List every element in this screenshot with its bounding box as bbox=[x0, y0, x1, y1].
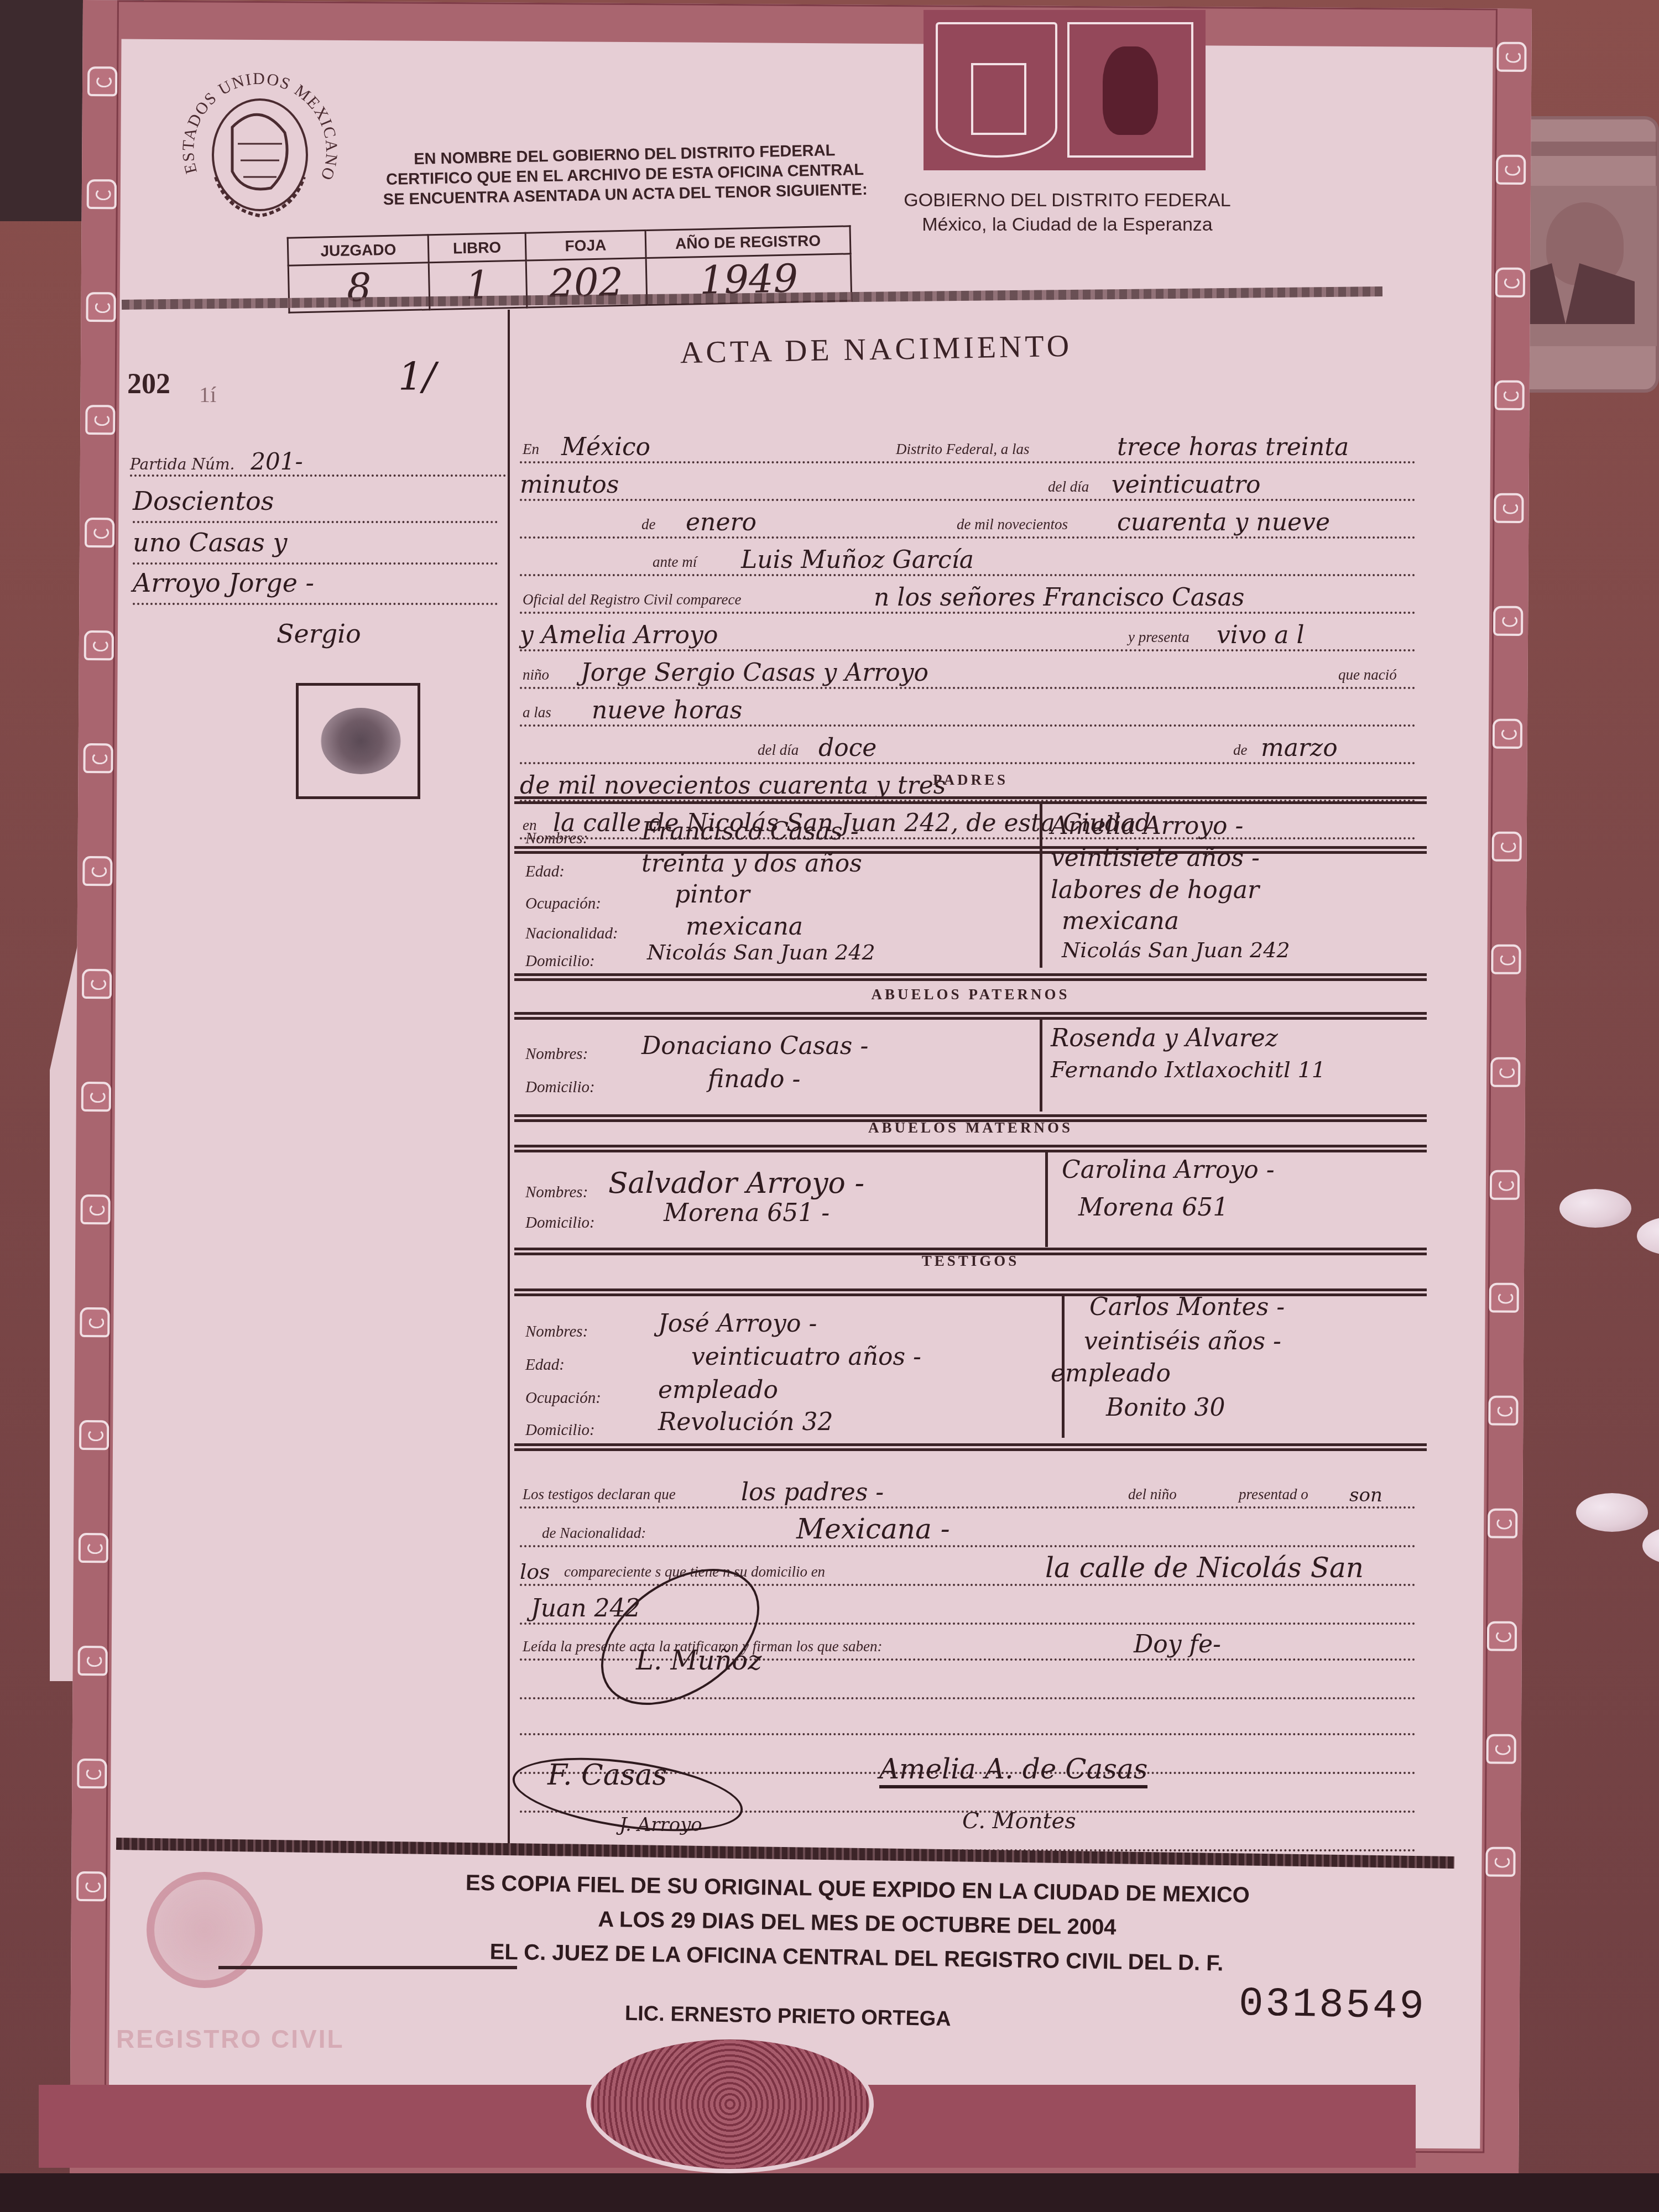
scroll-glyph-icon bbox=[79, 1533, 108, 1563]
scroll-glyph-icon bbox=[85, 518, 114, 547]
left-name-line: Arroyo Jorge - bbox=[133, 563, 498, 605]
line-value: cuarenta y nueve bbox=[1117, 508, 1330, 536]
line-label: niño bbox=[523, 666, 549, 684]
df-shield-icon bbox=[936, 22, 1057, 158]
scroll-glyph-icon bbox=[1495, 380, 1525, 410]
line-value: marzo bbox=[1261, 734, 1338, 762]
scroll-glyph-icon bbox=[1496, 42, 1526, 72]
madre-nombre: Amelia Arroyo - bbox=[1051, 812, 1243, 840]
handwritten-mark: 1/ bbox=[398, 354, 436, 399]
id-card-header-band bbox=[1519, 142, 1657, 156]
abuelos-paternos-divider bbox=[1040, 1018, 1042, 1112]
thumbprint-box bbox=[296, 683, 420, 799]
scroll-glyph-icon bbox=[1493, 606, 1523, 636]
record-line-9: del día doce de marzo bbox=[520, 727, 1416, 764]
scroll-glyph-icon bbox=[1492, 832, 1522, 862]
line-value: veinticuatro bbox=[1112, 471, 1260, 499]
mother-signature: Amelia A. de Casas bbox=[879, 1753, 1147, 1788]
col-libro: LIBRO bbox=[429, 233, 526, 263]
label-domicilio: Domicilio: bbox=[525, 1214, 595, 1232]
abuelo-materno-nombre: Salvador Arroyo - bbox=[608, 1167, 864, 1200]
left-name-line: uno Casas y bbox=[133, 523, 498, 565]
record-line-4: ante mí Luis Muñoz García bbox=[520, 539, 1416, 576]
col-ano-registro: AÑO DE REGISTRO bbox=[645, 226, 851, 258]
line-value: enero bbox=[686, 508, 757, 536]
government-title: GOBIERNO DEL DISTRITO FEDERAL México, la… bbox=[896, 188, 1239, 237]
certification-statement: EN NOMBRE DEL GOBIERNO DEL DISTRITO FEDE… bbox=[348, 139, 902, 211]
abuelos-maternos-heading: ABUELOS MATERNOS bbox=[514, 1119, 1427, 1136]
line-value: México bbox=[561, 433, 650, 461]
scroll-glyph-icon bbox=[1495, 268, 1525, 298]
scroll-glyph-icon bbox=[1486, 1734, 1516, 1764]
declaration-line-1: Los testigos declaran que los padres - d… bbox=[520, 1471, 1416, 1509]
scroll-glyph-icon bbox=[1489, 1283, 1519, 1313]
padre-domicilio: Nicolás San Juan 242 bbox=[647, 940, 875, 964]
bottom-shadow bbox=[0, 2173, 1659, 2212]
eagle-icon bbox=[1103, 46, 1158, 135]
line-label: presentad o bbox=[1239, 1486, 1308, 1503]
label-nombres: Nombres: bbox=[525, 1183, 588, 1202]
partida-label: Partida Núm. bbox=[130, 455, 234, 473]
line-value: n los señores Francisco Casas bbox=[874, 583, 1244, 612]
scroll-glyph-icon bbox=[1496, 155, 1526, 185]
testigo-1-domicilio: Revolución 32 bbox=[658, 1408, 833, 1436]
line-value: Jorge Sergio Casas y Arroyo bbox=[581, 659, 928, 687]
line-value: Luis Muñoz García bbox=[741, 546, 974, 574]
abuelos-maternos-divider bbox=[1045, 1150, 1048, 1247]
padre-nacionalidad: mexicana bbox=[686, 912, 803, 941]
line-label: ante mí bbox=[653, 554, 697, 571]
scroll-glyph-icon bbox=[85, 405, 115, 435]
line-label: de bbox=[641, 516, 655, 533]
abuelo-paterno-domicilio: finado - bbox=[708, 1065, 800, 1093]
line-label: a las bbox=[523, 704, 551, 721]
madre-ocupacion: labores de hogar bbox=[1051, 876, 1259, 904]
distrito-federal-logo bbox=[924, 10, 1206, 170]
label-domicilio: Domicilio: bbox=[525, 1078, 595, 1097]
scroll-glyph-icon bbox=[82, 856, 112, 886]
seal-ring-text: ESTADOS UNIDOS MEXICANOS bbox=[166, 50, 341, 184]
col-juzgado: JUZGADO bbox=[288, 235, 429, 265]
record-line-2: minutos del día veinticuatro bbox=[520, 463, 1416, 501]
padres-column-divider bbox=[1040, 802, 1042, 968]
label-ocupacion: Ocupación: bbox=[525, 1389, 601, 1407]
padres-heading: PADRES bbox=[514, 771, 1427, 789]
government-name: GOBIERNO DEL DISTRITO FEDERAL bbox=[896, 188, 1239, 212]
mexican-coat-of-arms-icon: ESTADOS UNIDOS MEXICANOS bbox=[166, 50, 354, 238]
scroll-glyph-icon bbox=[1490, 1170, 1520, 1200]
partida-value: 201- bbox=[251, 448, 302, 475]
padre-edad: treinta y dos años bbox=[641, 849, 862, 878]
faint-stamp-text: REGISTRO CIVIL bbox=[116, 2024, 345, 2054]
line-label: y presenta bbox=[1128, 629, 1190, 646]
line-value: los bbox=[520, 1559, 550, 1584]
record-line-7: niño Jorge Sergio Casas y Arroyo que nac… bbox=[520, 651, 1416, 689]
testigo-1-edad: veinticuatro años - bbox=[691, 1343, 921, 1371]
line-value: Mexicana - bbox=[796, 1513, 950, 1545]
line-label: del día bbox=[758, 742, 799, 759]
witness-1-signature: J. Arroyo bbox=[619, 1814, 702, 1836]
declaration-line-3: los compareciente s que tiene n su domic… bbox=[520, 1548, 1416, 1586]
scroll-glyph-icon bbox=[84, 630, 114, 660]
line-value: trece horas treinta bbox=[1117, 433, 1349, 461]
scroll-glyph-icon bbox=[1493, 719, 1522, 749]
record-line-6: y Amelia Arroyo y presenta vivo a l bbox=[520, 614, 1416, 651]
abuelo-materno-domicilio: Morena 651 - bbox=[664, 1199, 830, 1227]
padre-nombre: Francisco Casas - bbox=[641, 817, 859, 846]
scroll-glyph-icon bbox=[80, 1307, 109, 1337]
line-value: nueve horas bbox=[592, 696, 742, 724]
abuelos-paternos-heading: ABUELOS PATERNOS bbox=[514, 986, 1427, 1003]
scroll-glyph-icon bbox=[87, 66, 117, 96]
bead-icon bbox=[1559, 1189, 1631, 1228]
witness-2-signature: C. Montes bbox=[962, 1808, 1076, 1834]
record-line-1: En México Distrito Federal, a las trece … bbox=[520, 426, 1416, 463]
scroll-glyph-icon bbox=[1490, 1057, 1520, 1087]
abuela-paterna-nombre: Rosenda y Alvarez bbox=[1051, 1024, 1278, 1052]
line-value: son bbox=[1349, 1484, 1383, 1506]
bead-icon bbox=[1576, 1493, 1648, 1532]
section-rule bbox=[514, 1012, 1427, 1020]
label-nombres: Nombres: bbox=[525, 1323, 588, 1341]
section-rule bbox=[514, 1443, 1427, 1451]
line-value: los padres - bbox=[741, 1478, 884, 1506]
left-name-line: Doscientos bbox=[133, 481, 498, 523]
judge-signature-line bbox=[218, 1966, 517, 1969]
testigos-heading: TESTIGOS bbox=[514, 1253, 1427, 1270]
scroll-glyph-icon bbox=[81, 1082, 111, 1112]
government-motto: México, la Ciudad de la Esperanza bbox=[896, 212, 1239, 237]
abuela-paterna-domicilio: Fernando Ixtlaxochitl 11 bbox=[1051, 1057, 1326, 1083]
line-label: En bbox=[523, 441, 539, 458]
serial-number: 0318549 bbox=[1238, 1981, 1426, 2031]
line-value: minutos bbox=[520, 471, 619, 499]
madre-nacionalidad: mexicana bbox=[1062, 907, 1179, 935]
padre-ocupacion: pintor bbox=[675, 880, 750, 909]
label-nombres: Nombres: bbox=[525, 830, 588, 848]
scroll-glyph-icon bbox=[1485, 1847, 1515, 1877]
label-nombres: Nombres: bbox=[525, 1045, 588, 1063]
scroll-glyph-icon bbox=[1487, 1621, 1517, 1651]
line-value: Doy fe- bbox=[1134, 1630, 1221, 1658]
record-line-8: a las nueve horas bbox=[520, 689, 1416, 727]
faint-seal-icon bbox=[147, 1872, 263, 1988]
scroll-glyph-icon bbox=[1491, 945, 1521, 974]
label-domicilio: Domicilio: bbox=[525, 952, 595, 971]
line-label: de bbox=[1233, 742, 1247, 759]
official-signature: L. Muñoz bbox=[636, 1645, 762, 1676]
svg-text:ESTADOS UNIDOS MEXICANOS: ESTADOS UNIDOS MEXICANOS bbox=[166, 50, 341, 184]
scroll-glyph-icon bbox=[77, 1646, 107, 1676]
testigo-2-edad: veintiséis años - bbox=[1084, 1327, 1281, 1355]
label-domicilio: Domicilio: bbox=[525, 1421, 595, 1439]
testigo-2-ocupacion: empleado bbox=[1051, 1359, 1171, 1387]
testigo-2-nombre: Carlos Montes - bbox=[1089, 1293, 1285, 1321]
testigo-1-nombre: José Arroyo - bbox=[658, 1310, 817, 1338]
scroll-glyph-icon bbox=[1494, 493, 1524, 523]
line-label: Los testigos declaran que bbox=[523, 1486, 676, 1503]
abuelo-paterno-nombre: Donaciano Casas - bbox=[641, 1032, 868, 1060]
scroll-glyph-icon bbox=[1488, 1396, 1518, 1426]
line-label: del día bbox=[1048, 478, 1089, 495]
col-foja: FOJA bbox=[525, 231, 646, 261]
line-label: que nació bbox=[1338, 666, 1397, 684]
abuela-materna-domicilio: Morena 651 bbox=[1078, 1193, 1228, 1222]
line-label: Distrito Federal, a las bbox=[896, 441, 1030, 458]
record-line-5: Oficial del Registro Civil comparece n l… bbox=[520, 576, 1416, 614]
section-rule bbox=[514, 796, 1427, 804]
label-edad: Edad: bbox=[525, 1356, 565, 1374]
df-eagle-tile-icon bbox=[1067, 22, 1193, 158]
scroll-glyph-icon bbox=[1488, 1509, 1517, 1538]
line-label: de mil novecientos bbox=[957, 516, 1068, 533]
label-nacionalidad: Nacionalidad: bbox=[525, 925, 618, 943]
line-value: la calle de Nicolás San bbox=[1045, 1552, 1364, 1584]
line-label: Oficial del Registro Civil comparece bbox=[523, 591, 741, 608]
scroll-glyph-icon bbox=[82, 969, 112, 999]
certification-footer: ES COPIA FIEL DE SU ORIGINAL QUE EXPIDO … bbox=[342, 1864, 1373, 1983]
section-rule bbox=[514, 973, 1427, 981]
section-rule bbox=[514, 1145, 1427, 1152]
testigo-1-ocupacion: empleado bbox=[658, 1376, 778, 1404]
scroll-glyph-icon bbox=[83, 743, 113, 773]
line-value: y Amelia Arroyo bbox=[520, 621, 718, 649]
scroll-glyph-icon bbox=[86, 292, 116, 322]
madre-edad: veintisiete años - bbox=[1051, 844, 1260, 872]
scroll-glyph-icon bbox=[80, 1194, 110, 1224]
abuela-materna-nombre: Carolina Arroyo - bbox=[1062, 1156, 1275, 1184]
scroll-glyph-icon bbox=[77, 1759, 107, 1788]
declaration-line-2: de Nacionalidad: Mexicana - bbox=[520, 1510, 1416, 1547]
madre-domicilio: Nicolás San Juan 242 bbox=[1062, 938, 1290, 962]
father-signature: F. Casas bbox=[547, 1759, 667, 1792]
scroll-glyph-icon bbox=[79, 1420, 109, 1450]
testigo-2-domicilio: Bonito 30 bbox=[1106, 1394, 1225, 1422]
column-divider bbox=[508, 310, 510, 1847]
line-label: de Nacionalidad: bbox=[542, 1525, 646, 1542]
label-ocupacion: Ocupación: bbox=[525, 895, 601, 913]
partida-field: Partida Núm. 201- bbox=[130, 448, 506, 477]
guilloche-oval-icon bbox=[586, 2035, 874, 2173]
line-label: del niño bbox=[1128, 1486, 1177, 1503]
line-value: vivo a l bbox=[1217, 621, 1305, 649]
scroll-glyph-icon bbox=[87, 179, 117, 209]
record-line-3: de enero de mil novecientos cuarenta y n… bbox=[520, 501, 1416, 539]
thumbprint-icon bbox=[321, 708, 401, 774]
scroll-glyph-icon bbox=[76, 1871, 106, 1901]
label-edad: Edad: bbox=[525, 863, 565, 881]
castle-tower-icon bbox=[971, 63, 1026, 135]
faint-number: 1í bbox=[199, 382, 216, 408]
section-rule bbox=[514, 1288, 1427, 1296]
line-value: doce bbox=[818, 734, 877, 762]
stamp-number: 202 bbox=[127, 368, 170, 400]
document-title: ACTA DE NACIMIENTO bbox=[680, 328, 1072, 371]
